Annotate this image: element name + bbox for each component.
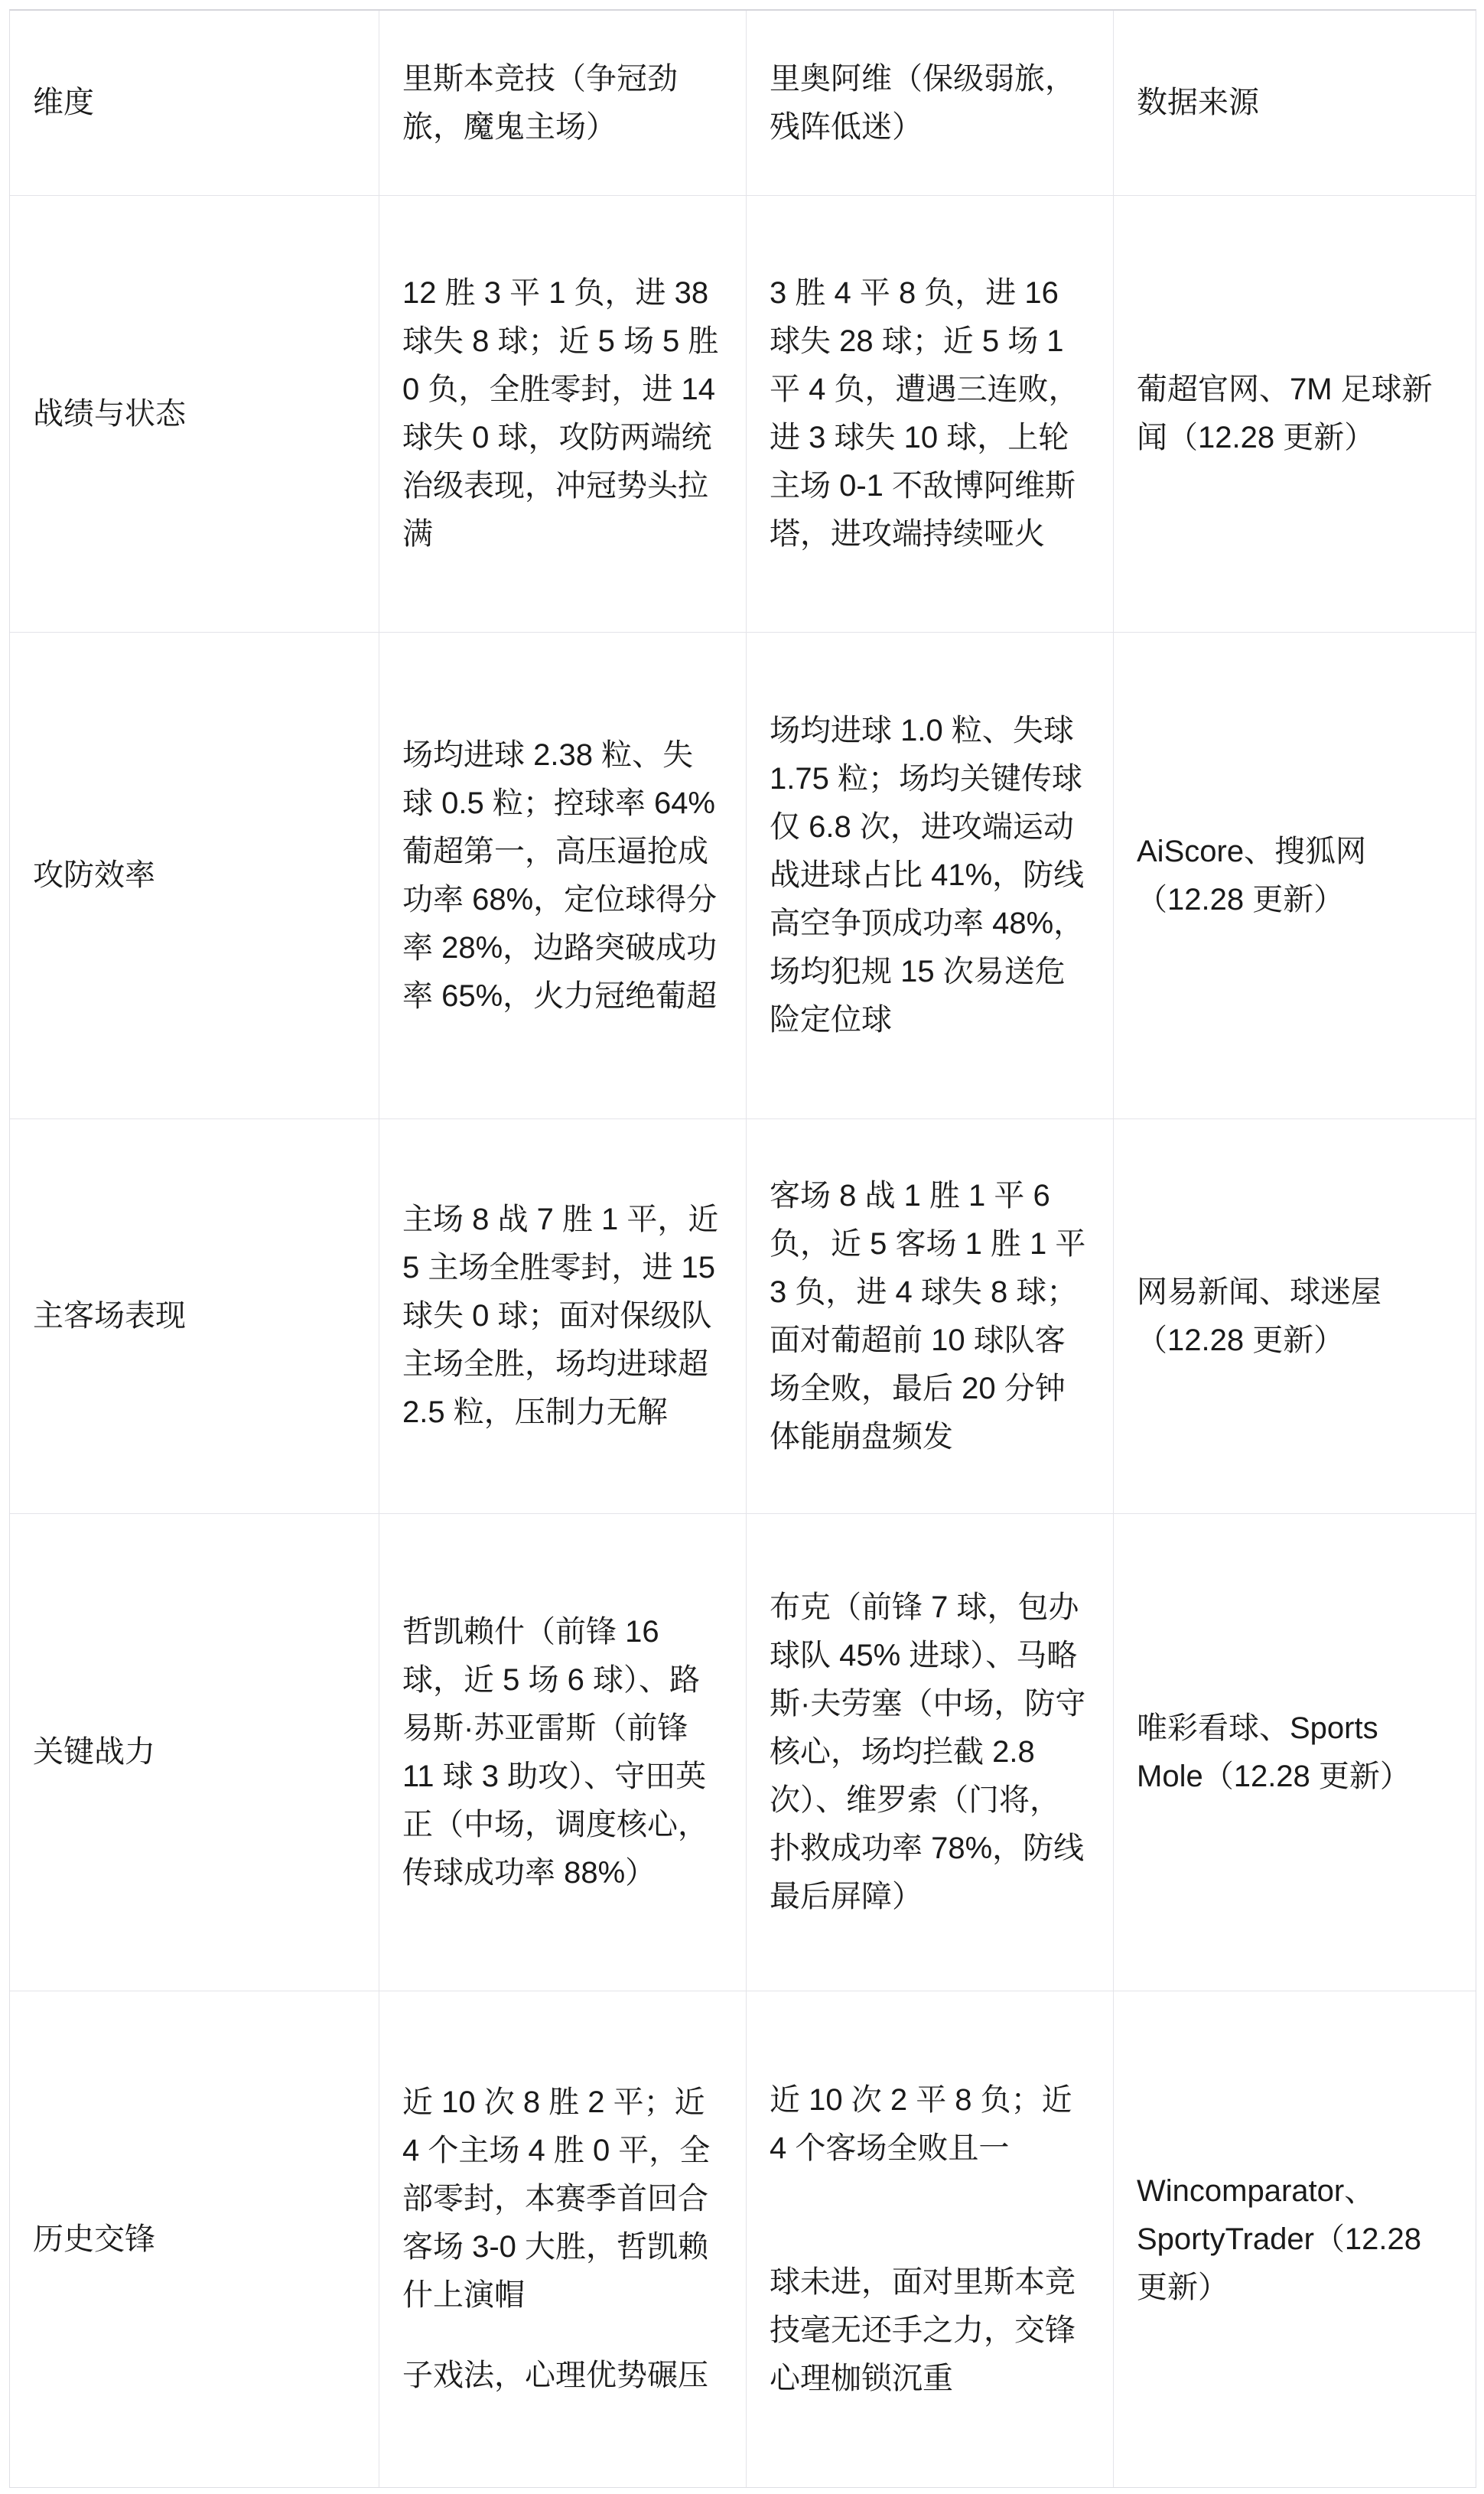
cell-paragraph: 关键战力 bbox=[33, 1728, 356, 1776]
cell-paragraph: 主场 8 战 7 胜 1 平，近 5 主场全胜零封，进 15 球失 0 球；面对… bbox=[402, 1196, 723, 1437]
home-team-cell-attack-defense: 场均进球 2.38 粒、失球 0.5 粒；控球率 64% 葡超第一，高压逼抢成功… bbox=[379, 632, 746, 1118]
header-source: 数据来源 bbox=[1113, 11, 1476, 195]
cell-paragraph: 球未进，面对里斯本竞技毫无还手之力，交锋心理枷锁沉重 bbox=[770, 2258, 1090, 2403]
header-label: 数据来源 bbox=[1137, 79, 1453, 127]
header-home-team: 里斯本竞技（争冠劲旅，魔鬼主场） bbox=[379, 11, 746, 195]
away-team-cell-head-to-head: 近 10 次 2 平 8 负；近 4 个客场全败且一 球未进，面对里斯本竞技毫无… bbox=[746, 1991, 1113, 2487]
cell-paragraph: 攻防效率 bbox=[33, 851, 356, 900]
cell-paragraph: 客场 8 战 1 胜 1 平 6 负，近 5 客场 1 胜 1 平 3 负，进 … bbox=[770, 1172, 1090, 1461]
cell-paragraph: 葡超官网、7M 足球新闻（12.28 更新） bbox=[1137, 366, 1453, 462]
cell-paragraph: AiScore、搜狐网（12.28 更新） bbox=[1137, 828, 1453, 924]
dimension-cell-home-away: 主客场表现 bbox=[10, 1118, 379, 1513]
cell-paragraph: 近 10 次 8 胜 2 平；近 4 个主场 4 胜 0 平，全部零封，本赛季首… bbox=[402, 2079, 723, 2320]
away-team-cell-home-away: 客场 8 战 1 胜 1 平 6 负，近 5 客场 1 胜 1 平 3 负，进 … bbox=[746, 1118, 1113, 1513]
cell-paragraph: 近 10 次 2 平 8 负；近 4 个客场全败且一 bbox=[770, 2076, 1090, 2173]
home-team-cell-head-to-head: 近 10 次 8 胜 2 平；近 4 个主场 4 胜 0 平，全部零封，本赛季首… bbox=[379, 1991, 746, 2487]
away-team-cell-key-players: 布克（前锋 7 球，包办球队 45% 进球）、马略斯·夫劳塞（中场，防守核心，场… bbox=[746, 1513, 1113, 1991]
cell-paragraph: 主客场表现 bbox=[33, 1292, 356, 1340]
cell-paragraph: 12 胜 3 平 1 负，进 38 球失 8 球；近 5 场 5 胜 0 负，全… bbox=[402, 269, 723, 558]
home-team-cell-record-status: 12 胜 3 平 1 负，进 38 球失 8 球；近 5 场 5 胜 0 负，全… bbox=[379, 195, 746, 632]
away-team-cell-attack-defense: 场均进球 1.0 粒、失球 1.75 粒；场均关键传球仅 6.8 次，进攻端运动… bbox=[746, 632, 1113, 1118]
header-label: 里奥阿维（保级弱旅，残阵低迷） bbox=[770, 55, 1090, 151]
comparison-table: 维度 里斯本竞技（争冠劲旅，魔鬼主场） 里奥阿维（保级弱旅，残阵低迷） 数据来源… bbox=[9, 9, 1476, 2488]
cell-paragraph: 唯彩看球、Sports Mole（12.28 更新） bbox=[1137, 1704, 1453, 1801]
dimension-cell-attack-defense: 攻防效率 bbox=[10, 632, 379, 1118]
cell-paragraph: 场均进球 1.0 粒、失球 1.75 粒；场均关键传球仅 6.8 次，进攻端运动… bbox=[770, 707, 1090, 1044]
away-team-cell-record-status: 3 胜 4 平 8 负，进 16 球失 28 球；近 5 场 1 平 4 负，遭… bbox=[746, 195, 1113, 632]
header-away-team: 里奥阿维（保级弱旅，残阵低迷） bbox=[746, 11, 1113, 195]
header-label: 里斯本竞技（争冠劲旅，魔鬼主场） bbox=[402, 55, 723, 151]
dimension-cell-key-players: 关键战力 bbox=[10, 1513, 379, 1991]
source-cell-home-away: 网易新闻、球迷屋（12.28 更新） bbox=[1113, 1118, 1476, 1513]
header-label: 维度 bbox=[33, 79, 356, 127]
dimension-cell-record-status: 战绩与状态 bbox=[10, 195, 379, 632]
cell-paragraph: 网易新闻、球迷屋（12.28 更新） bbox=[1137, 1268, 1453, 1365]
source-cell-record-status: 葡超官网、7M 足球新闻（12.28 更新） bbox=[1113, 195, 1476, 632]
cell-paragraph: Wincomparator、SportyTrader（12.28 更新） bbox=[1137, 2167, 1453, 2312]
cell-paragraph: 场均进球 2.38 粒、失球 0.5 粒；控球率 64% 葡超第一，高压逼抢成功… bbox=[402, 731, 723, 1021]
cell-paragraph: 历史交锋 bbox=[33, 2216, 356, 2264]
dimension-cell-head-to-head: 历史交锋 bbox=[10, 1991, 379, 2487]
cell-paragraph: 哲凯赖什（前锋 16 球，近 5 场 6 球）、路易斯·苏亚雷斯（前锋 11 球… bbox=[402, 1608, 723, 1897]
cell-paragraph: 布克（前锋 7 球，包办球队 45% 进球）、马略斯·夫劳塞（中场，防守核心，场… bbox=[770, 1584, 1090, 1921]
home-team-cell-key-players: 哲凯赖什（前锋 16 球，近 5 场 6 球）、路易斯·苏亚雷斯（前锋 11 球… bbox=[379, 1513, 746, 1991]
source-cell-key-players: 唯彩看球、Sports Mole（12.28 更新） bbox=[1113, 1513, 1476, 1991]
cell-paragraph: 子戏法，心理优势碾压 bbox=[402, 2352, 723, 2400]
header-dimension: 维度 bbox=[10, 11, 379, 195]
cell-paragraph: 战绩与状态 bbox=[33, 390, 356, 438]
source-cell-attack-defense: AiScore、搜狐网（12.28 更新） bbox=[1113, 632, 1476, 1118]
cell-paragraph: 3 胜 4 平 8 负，进 16 球失 28 球；近 5 场 1 平 4 负，遭… bbox=[770, 269, 1090, 558]
home-team-cell-home-away: 主场 8 战 7 胜 1 平，近 5 主场全胜零封，进 15 球失 0 球；面对… bbox=[379, 1118, 746, 1513]
source-cell-head-to-head: Wincomparator、SportyTrader（12.28 更新） bbox=[1113, 1991, 1476, 2487]
